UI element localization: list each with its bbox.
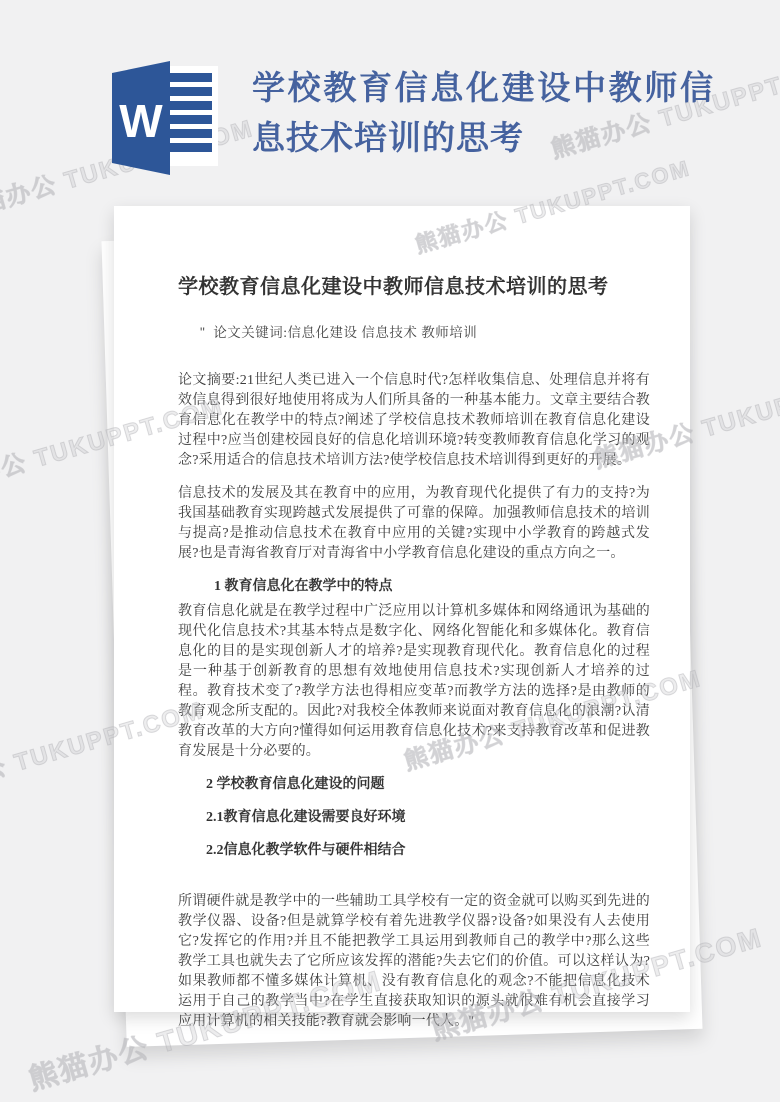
heading-section-1: 1 教育信息化在教学中的特点 <box>178 577 650 597</box>
paragraph-abstract: 论文摘要:21世纪人类已进入一个信息时代?怎样收集信息、处理信息并将有效信息得到… <box>178 371 650 471</box>
page-title: 学校教育信息化建设中教师信息技术培训的思考 <box>252 64 714 164</box>
word-icon-letter: W <box>119 95 163 147</box>
paragraph-intro: 信息技术的发展及其在教育中的应用，为教育现代化提供了有力的支持?为我国基础教育实… <box>178 484 650 564</box>
header: W 学校教育信息化建设中教师信息技术培训的思考 <box>0 0 780 200</box>
document-title: 学校教育信息化建设中教师信息技术培训的思考 <box>178 270 650 299</box>
heading-section-2-2: 2.2信息化教学软件与硬件相结合 <box>178 841 650 861</box>
quote-mark: " <box>200 325 205 340</box>
word-document-icon: W <box>100 56 228 180</box>
keywords-text: 论文关键词:信息化建设 信息技术 教师培训 <box>213 325 477 340</box>
paragraph-hardware: 所谓硬件就是教学中的一些辅助工具学校有一定的资金就可以购买到先进的教学仪器、设备… <box>178 892 650 1032</box>
heading-section-2-1: 2.1教育信息化建设需要良好环境 <box>178 808 650 828</box>
heading-section-2: 2 学校教育信息化建设的问题 <box>178 775 650 795</box>
paragraph-section-1: 教育信息化就是在教学过程中广泛应用以计算机多媒体和网络通讯为基础的现代化信息技术… <box>178 602 650 762</box>
document-page: 学校教育信息化建设中教师信息技术培训的思考 "论文关键词:信息化建设 信息技术 … <box>114 206 690 1012</box>
keywords-line: "论文关键词:信息化建设 信息技术 教师培训 <box>178 321 650 341</box>
blank-line <box>178 874 650 892</box>
